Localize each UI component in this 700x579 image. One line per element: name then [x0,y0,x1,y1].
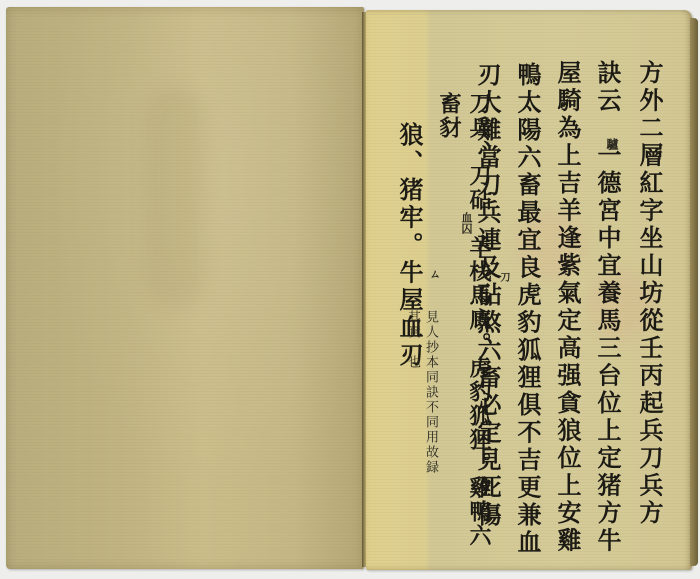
paper-stain [146,87,206,307]
page-edge [690,18,698,566]
annotation-mark: ㄙ [426,268,442,279]
book-spread: 方外二層紅字坐山坊從壬丙起兵刀兵方 訣云 一德宮中宜養馬三台位上定猪方牛 屋騎為… [0,0,700,579]
text-column-6: 刀兵、刀砧 羊栈馬廐。虎豹狐狸。雞鴨六畜豺 [434,92,494,570]
annotation-lu: 驢 [604,138,621,150]
text-column-4: 鴨太陽六畜最宜良虎豹狐狸俱不吉更兼血 [512,62,542,557]
note-jian-ren-chao-ben: 見人抄本同訣不同用故録 [422,310,438,475]
text-column-1: 方外二層紅字坐山坊從壬丙起兵刀兵方 [634,60,664,528]
left-page-blank [6,7,364,569]
right-page-text: 方外二層紅字坐山坊從壬丙起兵刀兵方 訣云 一德宮中宜養馬三台位上定猪方牛 屋騎為… [366,10,692,570]
text-column-2: 訣云 一德宮中宜養馬三台位上定猪方牛 [592,60,622,555]
text-column-3: 屋騎為上吉羊逢紫氣定高强貪狼位上安雞 [552,60,582,555]
note-qi-shi-yi-ye: 其實一也 [404,310,420,370]
annotation-xue-qiu: 血囚 [458,212,474,234]
annotation-dao: 刀 [496,272,511,282]
